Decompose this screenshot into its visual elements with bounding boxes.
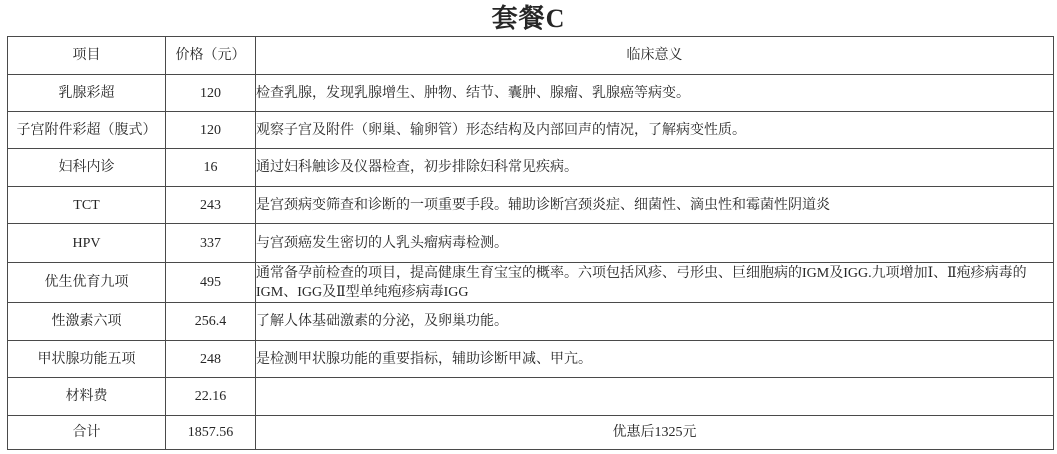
significance-cell: 通常备孕前检查的项目，提高健康生育宝宝的概率。六项包括风疹、弓形虫、巨细胞病的I… — [256, 263, 1054, 303]
significance-cell: 检查乳腺，发现乳腺增生、肿物、结节、囊肿、腺瘤、乳腺癌等病变。 — [256, 75, 1054, 112]
table-row: 甲状腺功能五项 248 是检测甲状腺功能的重要指标，辅助诊断甲减、甲亢。 — [8, 341, 1054, 378]
price-cell: 256.4 — [166, 303, 256, 341]
table-row: 子宫附件彩超（腹式） 120 观察子宫及附件（卵巢、输卵管）形态结构及内部回声的… — [8, 112, 1054, 149]
item-cell: 甲状腺功能五项 — [8, 341, 166, 378]
discount-note-cell: 优惠后1325元 — [256, 416, 1054, 450]
item-cell: TCT — [8, 187, 166, 224]
table-row: 性激素六项 256.4 了解人体基础激素的分泌，及卵巢功能。 — [8, 303, 1054, 341]
significance-cell — [256, 378, 1054, 416]
price-cell: 22.16 — [166, 378, 256, 416]
header-significance: 临床意义 — [256, 37, 1054, 75]
significance-cell: 是宫颈病变筛查和诊断的一项重要手段。辅助诊断宫颈炎症、细菌性、滴虫性和霉菌性阴道… — [256, 187, 1054, 224]
item-cell: 材料费 — [8, 378, 166, 416]
price-cell: 495 — [166, 263, 256, 303]
table-row: 妇科内诊 16 通过妇科触诊及仪器检查，初步排除妇科常见疾病。 — [8, 149, 1054, 187]
total-label-cell: 合计 — [8, 416, 166, 450]
significance-cell: 是检测甲状腺功能的重要指标，辅助诊断甲减、甲亢。 — [256, 341, 1054, 378]
significance-cell: 观察子宫及附件（卵巢、输卵管）形态结构及内部回声的情况，了解病变性质。 — [256, 112, 1054, 149]
item-cell: 性激素六项 — [8, 303, 166, 341]
price-cell: 16 — [166, 149, 256, 187]
price-cell: 243 — [166, 187, 256, 224]
price-cell: 120 — [166, 75, 256, 112]
table-row-total: 合计 1857.56 优惠后1325元 — [8, 416, 1054, 450]
page-title: 套餐C — [0, 0, 1057, 36]
item-cell: 乳腺彩超 — [8, 75, 166, 112]
price-cell: 337 — [166, 224, 256, 263]
significance-cell: 了解人体基础激素的分泌，及卵巢功能。 — [256, 303, 1054, 341]
price-cell: 248 — [166, 341, 256, 378]
table-row: TCT 243 是宫颈病变筛查和诊断的一项重要手段。辅助诊断宫颈炎症、细菌性、滴… — [8, 187, 1054, 224]
total-price-cell: 1857.56 — [166, 416, 256, 450]
significance-cell: 通过妇科触诊及仪器检查，初步排除妇科常见疾病。 — [256, 149, 1054, 187]
item-cell: HPV — [8, 224, 166, 263]
significance-cell: 与宫颈癌发生密切的人乳头瘤病毒检测。 — [256, 224, 1054, 263]
table-row: 乳腺彩超 120 检查乳腺，发现乳腺增生、肿物、结节、囊肿、腺瘤、乳腺癌等病变。 — [8, 75, 1054, 112]
table-header-row: 项目 价格（元） 临床意义 — [8, 37, 1054, 75]
package-table: 项目 价格（元） 临床意义 乳腺彩超 120 检查乳腺，发现乳腺增生、肿物、结节… — [7, 36, 1054, 450]
table-row: 材料费 22.16 — [8, 378, 1054, 416]
table-row: HPV 337 与宫颈癌发生密切的人乳头瘤病毒检测。 — [8, 224, 1054, 263]
item-cell: 优生优育九项 — [8, 263, 166, 303]
item-cell: 子宫附件彩超（腹式） — [8, 112, 166, 149]
price-cell: 120 — [166, 112, 256, 149]
header-price: 价格（元） — [166, 37, 256, 75]
item-cell: 妇科内诊 — [8, 149, 166, 187]
table-row: 优生优育九项 495 通常备孕前检查的项目，提高健康生育宝宝的概率。六项包括风疹… — [8, 263, 1054, 303]
header-item: 项目 — [8, 37, 166, 75]
